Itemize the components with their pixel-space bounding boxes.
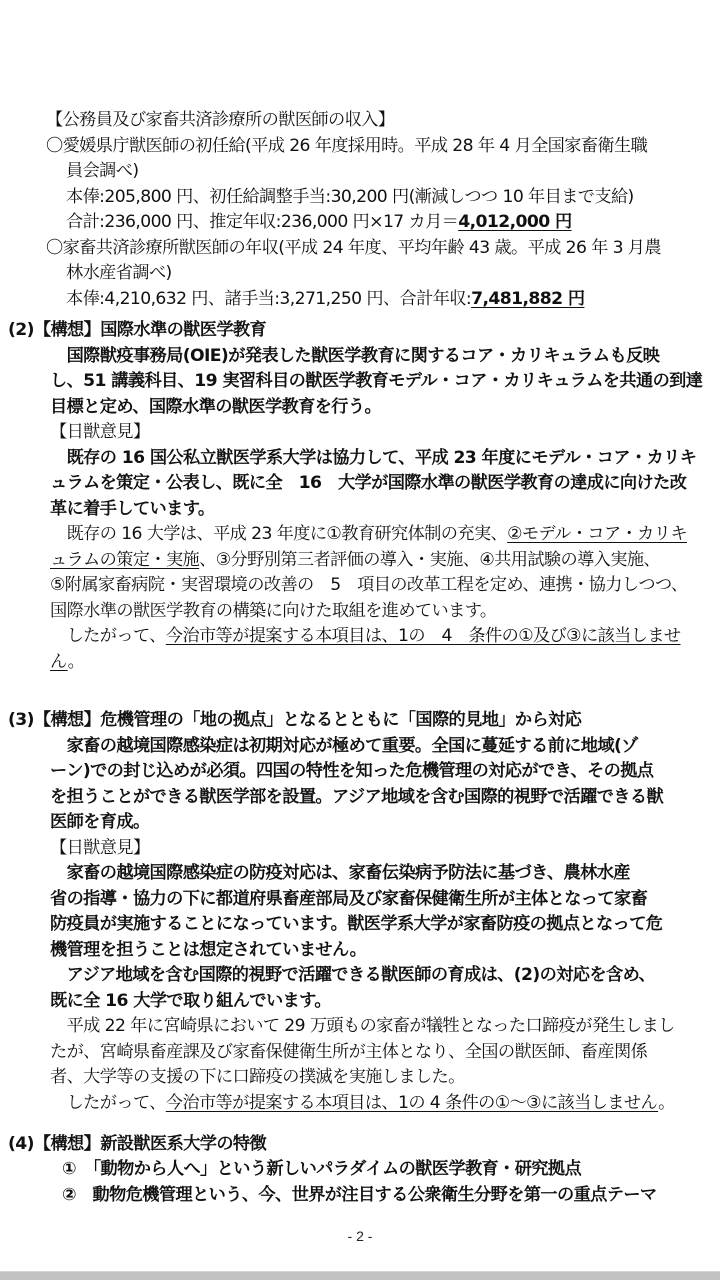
- section3-p1-line3: を担うことができる獣医学部を設置。アジア地域を含む国際的視野で活躍できる獣: [50, 785, 663, 809]
- section3-p2-line3: 防疫員が実施することになっています。獣医学系大学が家畜防疫の拠点となって危: [50, 912, 662, 936]
- section3-heading: (3)【構想】危機管理の「地の拠点」となるとともに「国際的見地」から対応: [8, 708, 581, 732]
- section2-p2-line1: 既存の 16 国公私立獣医学系大学は協力して、平成 23 年度にモデル・コア・カ…: [50, 446, 696, 470]
- section3-p4-line3: 者、大学等の支援の下に口蹄疫の撲滅を実施しました。: [50, 1065, 465, 1089]
- section2-p3-line4: 国際水準の獣医学教育の構築に向けた取組を進めています。: [50, 599, 497, 623]
- section3-p3-line1: アジア地域を含む国際的視野で活躍できる獣医師の育成は、(2)の対応を含め、: [50, 963, 655, 987]
- section3-p3-line2: 既に全 16 大学で取り組んでいます。: [50, 989, 331, 1013]
- section2-p1-line2: し、51 講義科目、19 実習科目の獣医学教育モデル・コア・カリキュラムを共通の…: [50, 369, 702, 393]
- section3-conclusion-period: 。: [658, 1093, 675, 1113]
- section3-p4-line2: たが、宮崎県畜産課及び家畜保健衛生所が主体となり、全国の獣医師、畜産関係: [50, 1040, 647, 1064]
- section2-p1-line1: 国際獣疫事務局(OIE)が発表した獣医学教育に関するコア・カリキュラムも反映: [50, 344, 659, 368]
- income-item2-line1: 〇家畜共済診療所獣医師の年収(平成 24 年度、平均年齢 43 歳。平成 26 …: [46, 236, 661, 260]
- section2-conclusion-cont: ん: [50, 652, 68, 672]
- income-heading: 【公務員及び家畜共済診療所の獣医師の収入】: [46, 108, 394, 132]
- section3-p1-line2: ーン)での封じ込めが必須。四国の特性を知った危機管理の対応ができ、その拠点: [50, 759, 653, 783]
- section2-p1-line3: 目標と定め、国際水準の獣医学教育を行う。: [50, 395, 381, 419]
- income-item1-line2: 員会調べ): [66, 159, 138, 183]
- section2-opinion-label: 【日獣意見】: [50, 420, 150, 444]
- section3-opinion-label: 【日獣意見】: [50, 836, 150, 860]
- section3-p2-line2: 省の指導・協力の下に都道府県畜産部局及び家畜保健衛生所が主体となって家畜: [50, 887, 647, 911]
- income-item1-line4: 合計:236,000 円、推定年収:236,000 円×17 カ月＝4,012,…: [66, 210, 572, 234]
- section2-p3-line1: 既存の 16 大学は、平成 23 年度に①教育研究体制の充実、②モデル・コア・カ…: [50, 522, 687, 546]
- section3-p2-line1: 家畜の越境国際感染症の防疫対応は、家畜伝染病予防法に基づき、農林水産: [50, 861, 630, 885]
- section2-p3-line2: ュラムの策定・実施、③分野別第三者評価の導入・実施、④共用試験の導入実施、: [50, 548, 660, 572]
- section2-p3-underlined: ②モデル・コア・カリキ: [507, 524, 687, 544]
- section2-heading: (2)【構想】国際水準の獣医学教育: [8, 318, 266, 342]
- section2-p2-line3: 革に着手しています。: [50, 497, 215, 521]
- viewer-bottom-bar: [0, 1271, 720, 1280]
- section2-conclusion-period: 。: [68, 652, 85, 672]
- section2-p3-text-cont: 、③分野別第三者評価の導入・実施、④共用試験の導入実施、: [199, 550, 660, 570]
- section2-p3-text: 既存の 16 大学は、平成 23 年度に①教育研究体制の充実、: [50, 524, 507, 544]
- section3-p1-line1: 家畜の越境国際感染症は初期対応が極めて重要。全国に蔓延する前に地域(ゾ: [50, 734, 638, 758]
- section3-p5: したがって、今治市等が提案する本項目は、1の 4 条件の①～③に該当しません。: [50, 1091, 675, 1115]
- section4-item1: ① 「動物から人へ」という新しいパラダイムの獣医学教育・研究拠点: [62, 1157, 581, 1181]
- section4-item2: ② 動物危機管理という、今、世界が注目する公衆衛生分野を第一の重点テーマ: [62, 1183, 657, 1207]
- section2-p2-line2: ュラムを策定・公表し、既に全 16 大学が国際水準の獣医学教育の達成に向けた改: [50, 471, 686, 495]
- income-item1-calc: 合計:236,000 円、推定年収:236,000 円×17 カ月＝: [66, 212, 458, 232]
- section3-conclusion-prefix: したがって、: [50, 1093, 166, 1113]
- section3-p1-line4: 医師を育成。: [50, 810, 150, 834]
- section2-p3-line3: ⑤附属家畜病院・実習環境の改善の 5 項目の改革工程を定め、連携・協力しつつ、: [50, 573, 688, 597]
- section2-conclusion: 今治市等が提案する本項目は、1の 4 条件の①及び③に該当しませ: [166, 626, 681, 646]
- section2-p4-line2: ん。: [50, 650, 84, 674]
- section3-p2-line4: 機管理を担うことは想定されていません。: [50, 938, 366, 962]
- section4-heading: (4)【構想】新設獣医系大学の特徴: [8, 1132, 266, 1156]
- document-page: 【公務員及び家畜共済診療所の獣医師の収入】 〇愛媛県庁獣医師の初任給(平成 26…: [0, 0, 720, 1263]
- section2-conclusion-prefix: したがって、: [50, 626, 166, 646]
- income-item2-total: 7,481,882 円: [471, 289, 584, 309]
- page-number: - 2 -: [0, 1228, 720, 1244]
- section2-p4-line1: したがって、今治市等が提案する本項目は、1の 4 条件の①及び③に該当しませ: [50, 624, 681, 648]
- income-item1-total: 4,012,000 円: [458, 212, 571, 232]
- section3-conclusion: 今治市等が提案する本項目は、1の 4 条件の①～③に該当しません: [166, 1093, 658, 1113]
- section2-p3-underlined-cont: ュラムの策定・実施: [50, 550, 199, 570]
- section3-p4-line1: 平成 22 年に宮崎県において 29 万頭もの家畜が犠牲となった口蹄疫が発生しま…: [50, 1014, 675, 1038]
- income-item2-calc: 本俸:4,210,632 円、諸手当:3,271,250 円、合計年収:: [66, 289, 471, 309]
- income-item2-line2: 林水産省調べ): [66, 261, 172, 285]
- income-item1-line1: 〇愛媛県庁獣医師の初任給(平成 26 年度採用時。平成 28 年 4 月全国家畜…: [46, 134, 647, 158]
- income-item1-line3: 本俸:205,800 円、初任給調整手当:30,200 円(漸減しつつ 10 年…: [66, 185, 634, 209]
- income-item2-line3: 本俸:4,210,632 円、諸手当:3,271,250 円、合計年収:7,48…: [66, 287, 584, 311]
